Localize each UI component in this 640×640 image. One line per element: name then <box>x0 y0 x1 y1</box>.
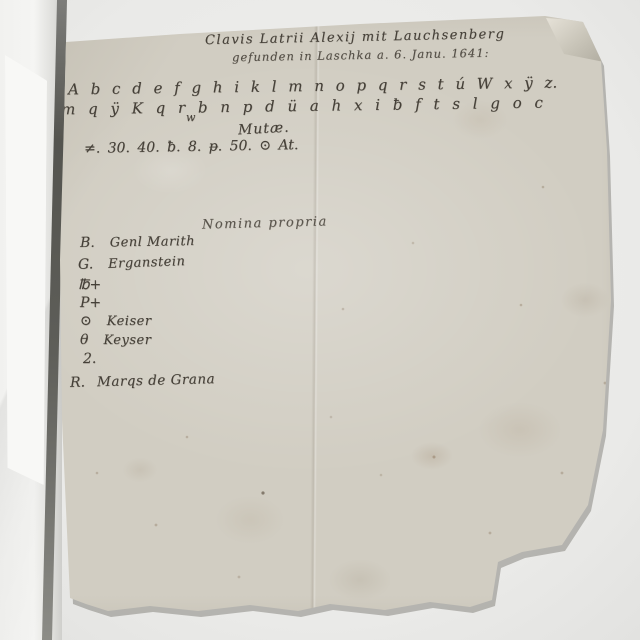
cipher-variant-w: w <box>186 111 195 124</box>
entry-name: Keyser <box>103 333 151 348</box>
underlying-sheet-edge <box>5 55 47 485</box>
cipher-symbol: R. <box>70 375 85 391</box>
name-entry: ℔+ <box>78 277 116 293</box>
entry-name: Erganstein <box>108 254 186 272</box>
entry-name: Genl Marith <box>110 234 196 250</box>
cipher-symbol: θ <box>80 332 88 348</box>
name-entry: ⊙Keiser <box>80 313 152 329</box>
cipher-symbol: ⊙ <box>80 313 92 329</box>
name-entry: B.Genl Marith <box>80 233 195 251</box>
name-entry: P+ <box>80 295 116 311</box>
photo-background: Clavis Latrii Alexij mit Lauchsenberg ge… <box>0 0 640 640</box>
cipher-symbol: P+ <box>80 295 101 311</box>
cipher-symbol: G. <box>78 256 94 273</box>
cipher-symbol: ℔+ <box>78 277 101 293</box>
mutes-heading: Mutæ. <box>238 120 290 139</box>
manuscript-page: Clavis Latrii Alexij mit Lauchsenberg ge… <box>0 0 640 640</box>
name-entry: θKeyser <box>80 332 151 348</box>
entry-name: Keiser <box>107 314 152 329</box>
cipher-symbol: 2. <box>83 351 96 367</box>
name-entry: 2. <box>83 351 111 367</box>
entry-name: Marqs de Grana <box>97 371 216 390</box>
cipher-symbol: B. <box>80 235 95 251</box>
